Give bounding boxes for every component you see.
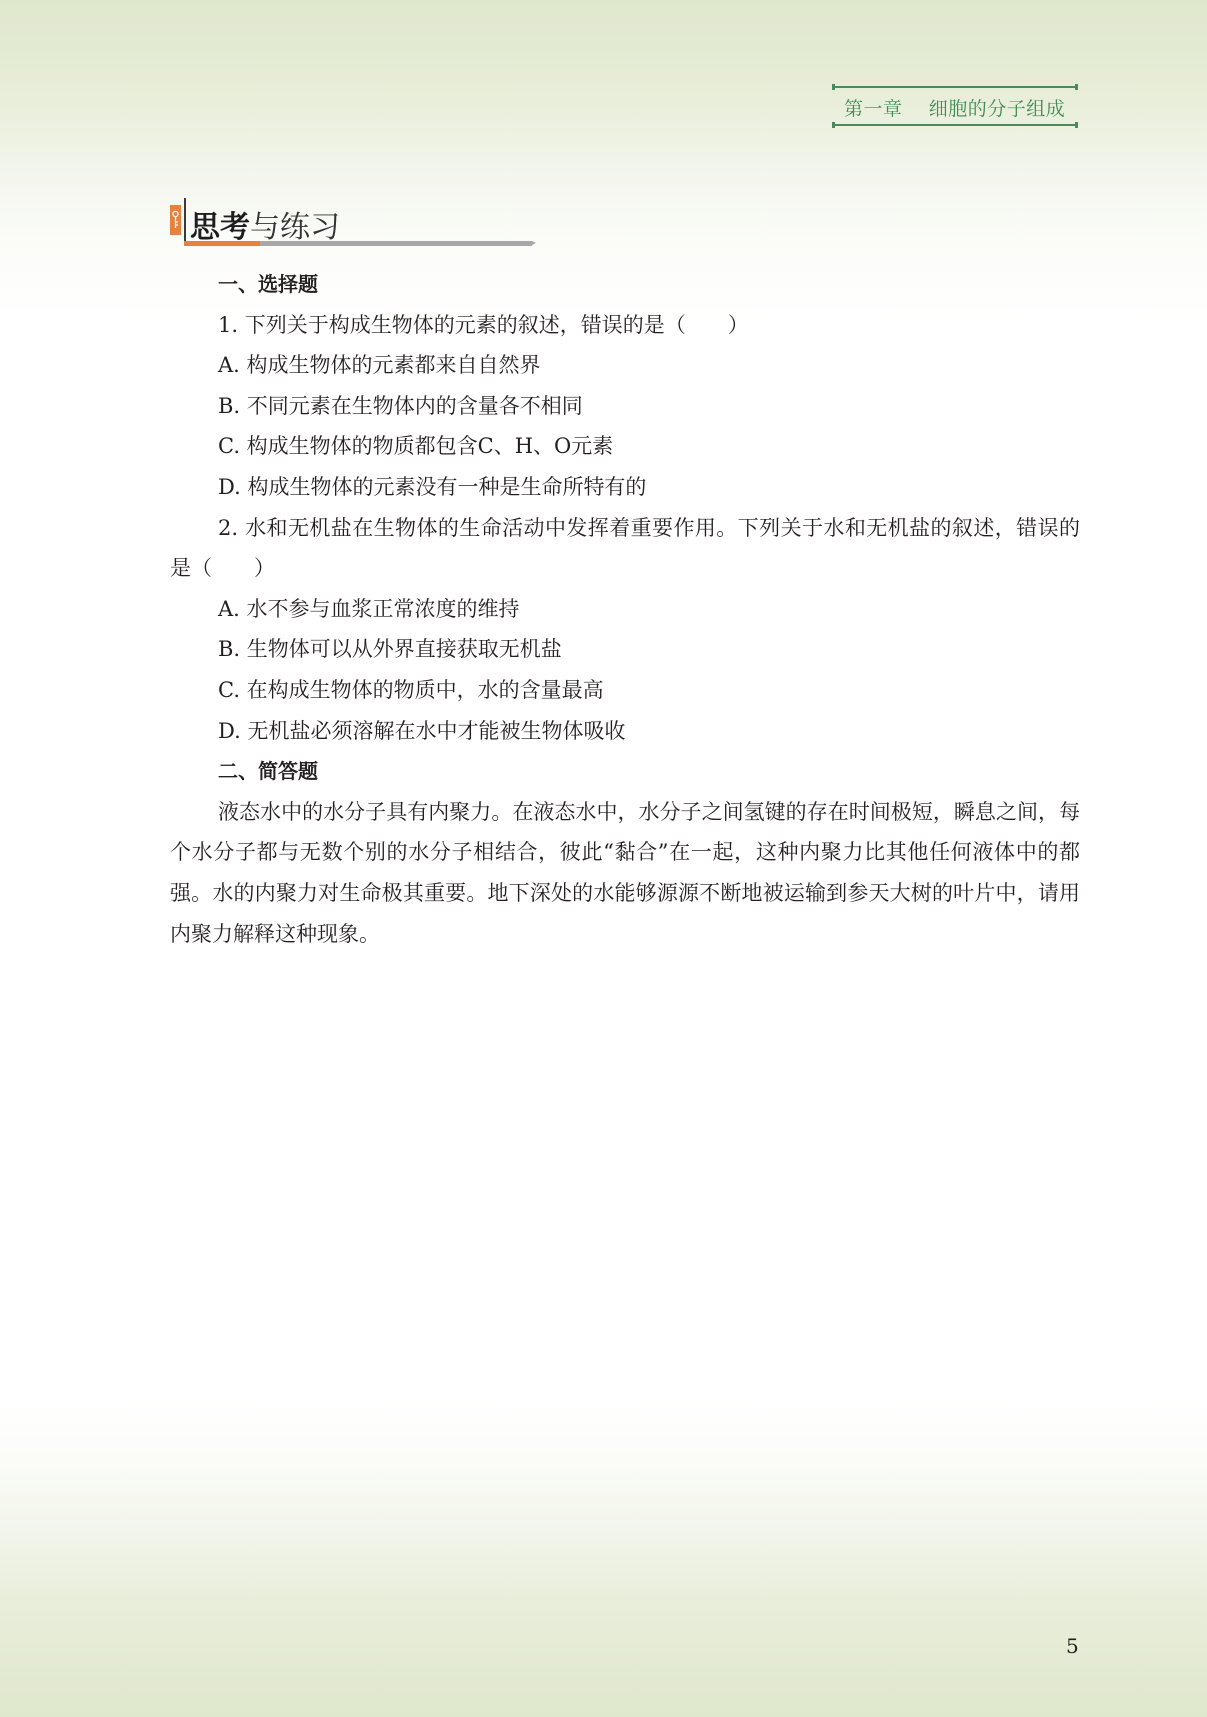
running-header: 第一章 细胞的分子组成 [832, 86, 1078, 128]
key-icon [170, 205, 181, 235]
section-title: 思考与练习 [190, 202, 340, 246]
question-2-option-b: B. 生物体可以从外界直接获取无机盐 [170, 629, 1080, 670]
question-2-option-a: A. 水不参与血浆正常浓度的维持 [170, 589, 1080, 630]
question-1-option-d: D. 构成生物体的元素没有一种是生命所特有的 [170, 467, 1080, 508]
exercise-content: 一、选择题 1. 下列关于构成生物体的元素的叙述，错误的是（ ） A. 构成生物… [170, 264, 1080, 954]
question-1-stem: 1. 下列关于构成生物体的元素的叙述，错误的是（ ） [170, 305, 1080, 346]
heading-divider [184, 198, 186, 246]
question-2-option-c: C. 在构成生物体的物质中，水的含量最高 [170, 670, 1080, 711]
section-title-light: 与练习 [250, 210, 340, 245]
question-2-stem: 2. 水和无机盐在生物体的生命活动中发挥着重要作用。下列关于水和无机盐的叙述，错… [170, 508, 1080, 589]
section-title-bold: 思考 [190, 210, 250, 245]
question-1-option-a: A. 构成生物体的元素都来自自然界 [170, 345, 1080, 386]
question-1-option-b: B. 不同元素在生物体内的含量各不相同 [170, 386, 1080, 427]
header-rule-top [832, 86, 1078, 88]
heading-underline [184, 241, 536, 246]
chapter-title: 第一章 细胞的分子组成 [844, 94, 1065, 121]
question-1-option-c: C. 构成生物体的物质都包含C、H、O元素 [170, 426, 1080, 467]
underline-accent [184, 241, 260, 246]
underline-track [260, 241, 532, 246]
question-2-option-d: D. 无机盐必须溶解在水中才能被生物体吸收 [170, 711, 1080, 752]
chapter-name: 细胞的分子组成 [929, 98, 1066, 120]
chapter-number: 第一章 [844, 98, 903, 120]
short-answer-question: 液态水中的水分子具有内聚力。在液态水中，水分子之间氢键的存在时间极短，瞬息之间，… [170, 792, 1080, 954]
multiple-choice-heading: 一、选择题 [170, 264, 1080, 305]
key-glyph-icon [171, 210, 180, 230]
short-answer-heading: 二、简答题 [170, 751, 1080, 792]
page-number: 5 [1066, 1634, 1079, 1658]
header-rule-bottom [832, 124, 1078, 126]
